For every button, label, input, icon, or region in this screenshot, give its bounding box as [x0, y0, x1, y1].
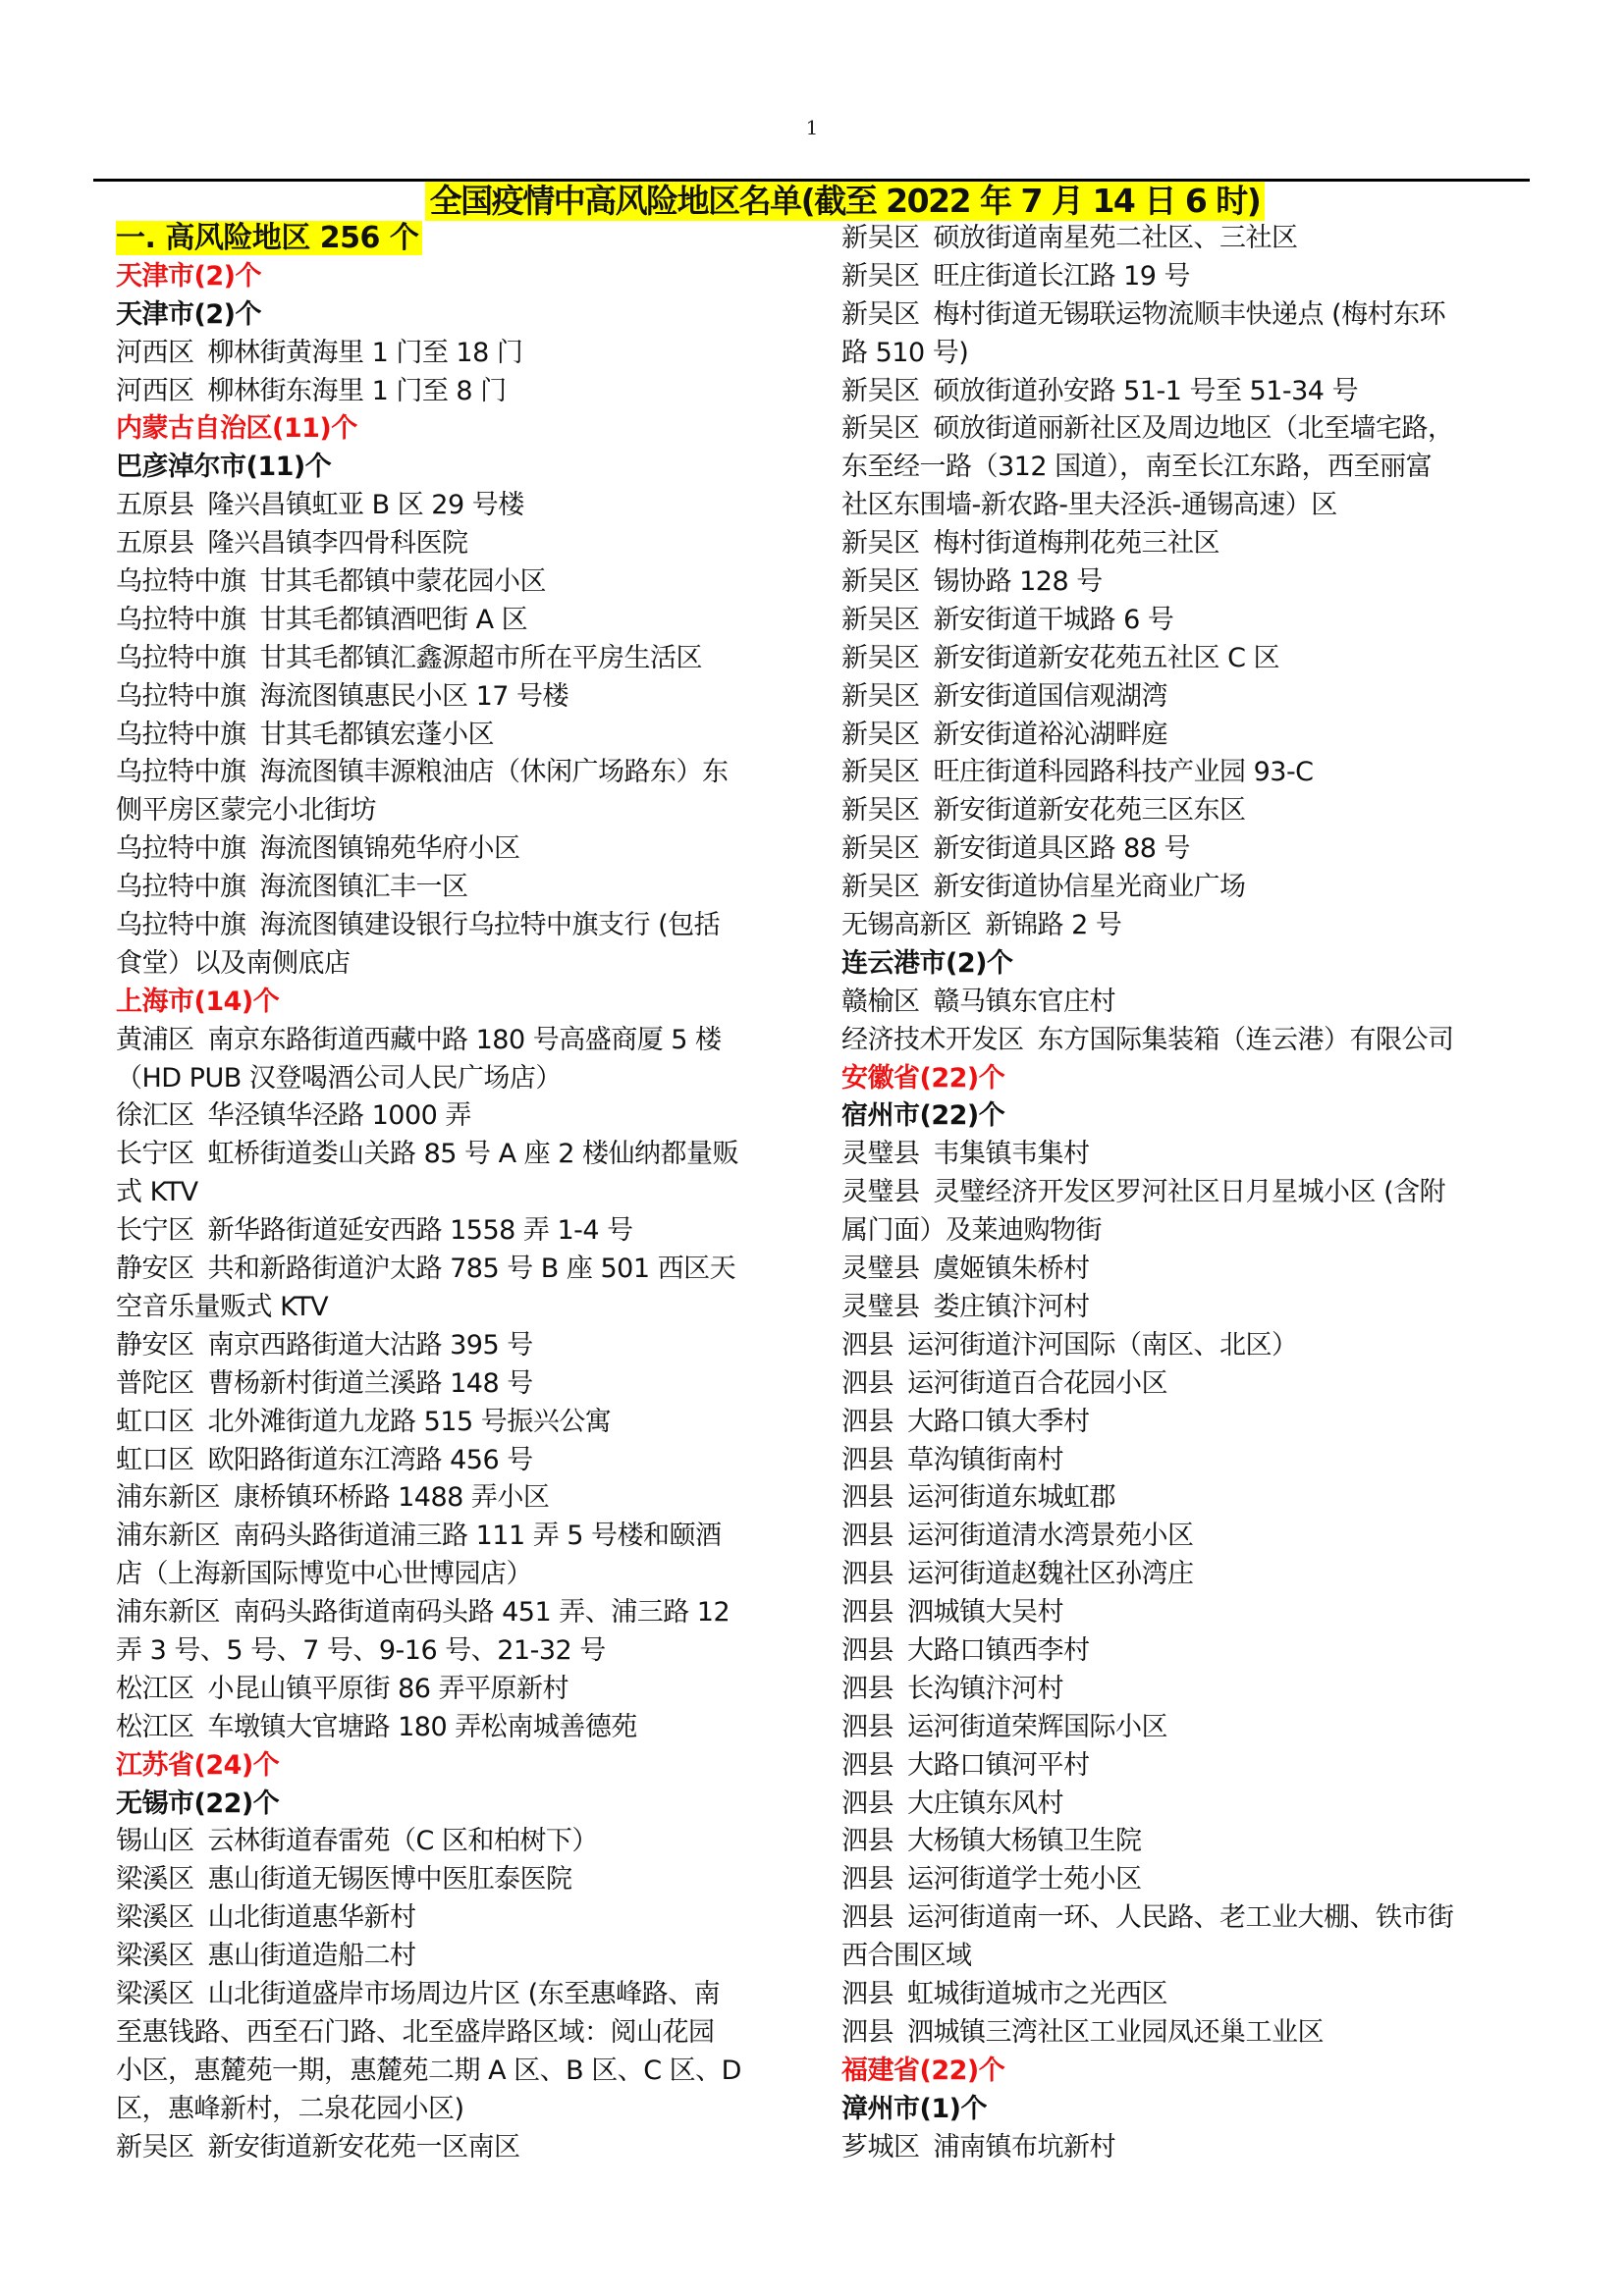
list-item-continuation: 区，惠峰新村，二泉花园小区) [116, 2091, 793, 2129]
district-name: 新吴区 [841, 299, 920, 330]
district-name: 灵璧县 [841, 1292, 920, 1322]
location-text: 南京东路街道西藏中路 180 号高盛商厦 5 楼 [208, 1025, 722, 1055]
list-item: 新吴区新安街道干城路 6 号 [841, 602, 1529, 640]
list-item: 梁溪区惠山街道无锡医博中医肛泰医院 [116, 1861, 793, 1899]
location-text: 北外滩街道九龙路 515 号振兴公寓 [208, 1407, 612, 1437]
location-text: 运河街道清水湾景苑小区 [907, 1521, 1194, 1551]
list-item: 泗县泗城镇大吴村 [841, 1594, 1529, 1632]
list-item-continuation-text: 式 KTV [116, 1177, 198, 1207]
district-name: 新吴区 [841, 605, 920, 635]
list-item: 新吴区硕放街道南星苑二社区、三社区 [841, 220, 1529, 258]
list-item: 赣榆区赣马镇东官庄村 [841, 984, 1529, 1022]
district-name: 松江区 [116, 1712, 194, 1742]
district-name: 五原县 [116, 490, 194, 520]
district-name: 乌拉特中旗 [116, 757, 246, 787]
list-item: 梁溪区山北街道惠华新村 [116, 1899, 793, 1938]
location-text: 大杨镇大杨镇卫生院 [907, 1826, 1142, 1856]
list-item-continuation-text: 店（上海新国际博览中心世博园店） [116, 1559, 532, 1589]
list-item: 梁溪区山北街道盛岸市场周边片区 (东至惠峰路、南 [116, 1976, 793, 2014]
list-item-continuation-text: 路 510 号) [841, 338, 968, 368]
district-name: 灵璧县 [841, 1177, 920, 1207]
location-text: 大路口镇西李村 [907, 1635, 1090, 1666]
list-item-continuation-text: 空音乐量贩式 KTV [116, 1292, 328, 1322]
location-text: 梅村街道梅荆花苑三社区 [934, 528, 1220, 559]
province-heading: 安徽省(22)个 [841, 1060, 1529, 1098]
location-text: 东方国际集装箱（连云港）有限公司 [1038, 1025, 1454, 1055]
location-text: 康桥镇环桥路 1488 弄小区 [234, 1482, 549, 1513]
location-text: 新华路街道延安西路 1558 弄 1-4 号 [208, 1215, 633, 1246]
list-item: 梁溪区惠山街道造船二村 [116, 1938, 793, 1976]
district-name: 泗县 [841, 1789, 893, 1819]
location-text: 硕放街道孙安路 51-1 号至 51-34 号 [934, 376, 1359, 406]
location-text: 云林街道春雷苑（C 区和柏树下） [208, 1826, 598, 1856]
district-name: 新吴区 [841, 872, 920, 902]
right-column: 新吴区硕放街道南星苑二社区、三社区新吴区旺庄街道长江路 19 号新吴区梅村街道无… [841, 220, 1529, 2166]
list-item-continuation-text: 小区，惠麓苑一期，惠麓苑二期 A 区、B 区、C 区、D [116, 2056, 741, 2086]
location-text: 新安街道协信星光商业广场 [934, 872, 1246, 902]
list-item: 新吴区硕放街道孙安路 51-1 号至 51-34 号 [841, 373, 1529, 411]
district-name: 梁溪区 [116, 1902, 194, 1933]
location-text: 新安街道新安花苑三区东区 [934, 795, 1246, 826]
city-heading: 巴彦淖尔市(11)个 [116, 449, 793, 487]
list-item: 灵璧县韦集镇韦集村 [841, 1136, 1529, 1174]
location-text: 海流图镇惠民小区 17 号楼 [260, 681, 569, 712]
list-item-continuation-text: 区，惠峰新村，二泉花园小区) [116, 2094, 464, 2124]
list-item: 新吴区新安街道国信观湖湾 [841, 678, 1529, 717]
location-text: 硕放街道南星苑二社区、三社区 [934, 223, 1298, 253]
list-item: 灵璧县灵璧经济开发区罗河社区日月星城小区 (含附 [841, 1174, 1529, 1212]
list-item: 泗县运河街道荣辉国际小区 [841, 1709, 1529, 1747]
location-text: 山北街道惠华新村 [208, 1902, 416, 1933]
province-heading-text: 上海市(14)个 [116, 987, 279, 1017]
district-name: 新吴区 [841, 261, 920, 292]
district-name: 长宁区 [116, 1139, 194, 1169]
location-text: 灵璧经济开发区罗河社区日月星城小区 (含附 [934, 1177, 1446, 1207]
district-name: 乌拉特中旗 [116, 681, 246, 712]
list-item: 松江区小昆山镇平原街 86 弄平原新村 [116, 1671, 793, 1709]
list-item: 虹口区欧阳路街道东江湾路 456 号 [116, 1442, 793, 1480]
district-name: 新吴区 [841, 223, 920, 253]
location-text: 虹城街道城市之光西区 [907, 1979, 1167, 2009]
location-text: 大路口镇大季村 [907, 1407, 1090, 1437]
district-name: 无锡高新区 [841, 910, 972, 940]
location-text: 虹桥街道娄山关路 85 号 A 座 2 楼仙纳都量贩 [208, 1139, 739, 1169]
district-name: 泗县 [841, 1826, 893, 1856]
district-name: 泗县 [841, 1368, 893, 1399]
district-name: 河西区 [116, 376, 194, 406]
province-heading-text: 江苏省(24)个 [116, 1750, 279, 1781]
location-text: 运河街道赵魏社区孙湾庄 [907, 1559, 1194, 1589]
list-item: 新吴区新安街道具区路 88 号 [841, 830, 1529, 869]
list-item-continuation-text: 属门面）及莱迪购物街 [841, 1215, 1102, 1246]
list-item: 河西区柳林街黄海里 1 门至 18 门 [116, 335, 793, 373]
list-item-continuation: 侧平房区蒙完小北街坊 [116, 792, 793, 830]
location-text: 长沟镇汴河村 [907, 1674, 1063, 1704]
district-name: 黄浦区 [116, 1025, 194, 1055]
list-item-continuation-text: 侧平房区蒙完小北街坊 [116, 795, 376, 826]
district-name: 泗县 [841, 1597, 893, 1628]
list-item: 泗县运河街道学士苑小区 [841, 1861, 1529, 1899]
district-name: 长宁区 [116, 1215, 194, 1246]
list-item: 泗县大路口镇河平村 [841, 1747, 1529, 1786]
list-item: 新吴区新安街道协信星光商业广场 [841, 869, 1529, 907]
location-text: 隆兴昌镇虹亚 B 区 29 号楼 [208, 490, 524, 520]
list-item: 新吴区梅村街道无锡联运物流顺丰快递点 (梅村东环 [841, 296, 1529, 335]
province-heading-text: 内蒙古自治区(11)个 [116, 413, 357, 444]
district-name: 灵璧县 [841, 1139, 920, 1169]
list-item: 新吴区新安街道新安花苑五社区 C 区 [841, 640, 1529, 678]
list-item: 泗县虹城街道城市之光西区 [841, 1976, 1529, 2014]
location-text: 旺庄街道长江路 19 号 [934, 261, 1191, 292]
list-item-continuation: 至惠钱路、西至石门路、北至盛岸路区域：阅山花园 [116, 2014, 793, 2053]
district-name: 浦东新区 [116, 1597, 220, 1628]
district-name: 乌拉特中旗 [116, 833, 246, 864]
location-text: 共和新路街道沪太路 785 号 B 座 501 西区天 [208, 1254, 736, 1284]
location-text: 锡协路 128 号 [934, 566, 1103, 597]
district-name: 虹口区 [116, 1407, 194, 1437]
location-text: 运河街道百合花园小区 [907, 1368, 1167, 1399]
list-item: 乌拉特中旗甘其毛都镇汇鑫源超市所在平房生活区 [116, 640, 793, 678]
list-item: 乌拉特中旗甘其毛都镇宏蓬小区 [116, 717, 793, 755]
list-item: 灵璧县虞姬镇朱桥村 [841, 1251, 1529, 1289]
district-name: 泗县 [841, 1979, 893, 2009]
list-item-continuation: 弄 3 号、5 号、7 号、9-16 号、21-32 号 [116, 1632, 793, 1671]
location-text: 南京西路街道大沽路 395 号 [208, 1330, 533, 1361]
district-name: 泗县 [841, 1521, 893, 1551]
location-text: 柳林街东海里 1 门至 8 门 [208, 376, 507, 406]
left-column: 一. 高风险地区 256 个天津市(2)个天津市(2)个河西区柳林街黄海里 1 … [116, 220, 793, 2166]
list-item: 泗县长沟镇汴河村 [841, 1671, 1529, 1709]
list-item: 锡山区云林街道春雷苑（C 区和柏树下） [116, 1823, 793, 1861]
location-text: 海流图镇锦苑华府小区 [260, 833, 520, 864]
list-item: 五原县隆兴昌镇李四骨科医院 [116, 525, 793, 563]
district-name: 梁溪区 [116, 1864, 194, 1895]
district-name: 泗县 [841, 1407, 893, 1437]
location-text: 运河街道汴河国际（南区、北区） [907, 1330, 1298, 1361]
list-item: 静安区南京西路街道大沽路 395 号 [116, 1327, 793, 1365]
district-name: 乌拉特中旗 [116, 872, 246, 902]
district-name: 静安区 [116, 1254, 194, 1284]
district-name: 泗县 [841, 1902, 893, 1933]
list-item: 乌拉特中旗海流图镇建设银行乌拉特中旗支行 (包括 [116, 907, 793, 945]
district-name: 泗县 [841, 1482, 893, 1513]
location-text: 惠山街道无锡医博中医肛泰医院 [208, 1864, 572, 1895]
city-heading-text: 无锡市(22)个 [116, 1789, 279, 1819]
district-name: 浦东新区 [116, 1482, 220, 1513]
location-text: 海流图镇建设银行乌拉特中旗支行 (包括 [260, 910, 721, 940]
location-text: 南码头路街道南码头路 451 弄、浦三路 12 [234, 1597, 730, 1628]
city-heading: 宿州市(22)个 [841, 1097, 1529, 1136]
list-item: 无锡高新区新锦路 2 号 [841, 907, 1529, 945]
list-item: 长宁区虹桥街道娄山关路 85 号 A 座 2 楼仙纳都量贩 [116, 1136, 793, 1174]
district-name: 虹口区 [116, 1445, 194, 1475]
list-item: 浦东新区康桥镇环桥路 1488 弄小区 [116, 1479, 793, 1518]
list-item: 徐汇区华泾镇华泾路 1000 弄 [116, 1097, 793, 1136]
location-text: 甘其毛都镇宏蓬小区 [260, 720, 495, 750]
list-item: 泗县泗城镇三湾社区工业园凤还巢工业区 [841, 2014, 1529, 2053]
list-item: 乌拉特中旗海流图镇锦苑华府小区 [116, 830, 793, 869]
list-item: 长宁区新华路街道延安西路 1558 弄 1-4 号 [116, 1212, 793, 1251]
location-text: 草沟镇街南村 [907, 1445, 1063, 1475]
location-text: 海流图镇汇丰一区 [260, 872, 468, 902]
district-name: 静安区 [116, 1330, 194, 1361]
list-item: 泗县运河街道东城虹郡 [841, 1479, 1529, 1518]
list-item-continuation: 路 510 号) [841, 335, 1529, 373]
list-item-continuation: 社区东围墙-新农路-里夫泾浜-通锡高速）区 [841, 487, 1529, 525]
location-text: 韦集镇韦集村 [934, 1139, 1090, 1169]
list-item: 乌拉特中旗海流图镇丰源粮油店（休闲广场路东）东 [116, 754, 793, 792]
list-item-continuation: 店（上海新国际博览中心世博园店） [116, 1556, 793, 1594]
list-item-continuation-text: 至惠钱路、西至石门路、北至盛岸路区域：阅山花园 [116, 2017, 715, 2048]
location-text: 车墩镇大官塘路 180 弄松南城善德苑 [208, 1712, 637, 1742]
list-item: 泗县运河街道赵魏社区孙湾庄 [841, 1556, 1529, 1594]
list-item: 泗县运河街道清水湾景苑小区 [841, 1518, 1529, 1556]
province-heading: 上海市(14)个 [116, 984, 793, 1022]
city-heading-text: 宿州市(22)个 [841, 1100, 1004, 1131]
location-text: 小昆山镇平原街 86 弄平原新村 [208, 1674, 569, 1704]
district-name: 新吴区 [841, 376, 920, 406]
district-name: 梁溪区 [116, 1941, 194, 1971]
location-text: 新安街道裕沁湖畔庭 [934, 720, 1168, 750]
list-item-continuation: 小区，惠麓苑一期，惠麓苑二期 A 区、B 区、C 区、D [116, 2053, 793, 2091]
list-item: 乌拉特中旗海流图镇汇丰一区 [116, 869, 793, 907]
district-name: 泗县 [841, 1674, 893, 1704]
location-text: 甘其毛都镇中蒙花园小区 [260, 566, 547, 597]
district-name: 梁溪区 [116, 1979, 194, 2009]
location-text: 南码头路街道浦三路 111 弄 5 号楼和颐酒 [234, 1521, 722, 1551]
city-heading-text: 天津市(2)个 [116, 299, 261, 330]
list-item: 新吴区锡协路 128 号 [841, 563, 1529, 602]
district-name: 锡山区 [116, 1826, 194, 1856]
district-name: 泗县 [841, 1750, 893, 1781]
district-name: 乌拉特中旗 [116, 910, 246, 940]
location-text: 运河街道学士苑小区 [907, 1864, 1142, 1895]
list-item: 泗县运河街道南一环、人民路、老工业大棚、铁市街 [841, 1899, 1529, 1938]
location-text: 惠山街道造船二村 [208, 1941, 416, 1971]
list-item: 灵璧县娄庄镇汴河村 [841, 1289, 1529, 1327]
location-text: 虞姬镇朱桥村 [934, 1254, 1090, 1284]
location-text: 柳林街黄海里 1 门至 18 门 [208, 338, 523, 368]
location-text: 欧阳路街道东江湾路 456 号 [208, 1445, 533, 1475]
list-item-continuation-text: （HD PUB 汉登喝酒公司人民广场店） [116, 1063, 562, 1094]
location-text: 硕放街道丽新社区及周边地区（北至墙宅路， [934, 413, 1454, 444]
document-title: 全国疫情中高风险地区名单(截至 2022 年 7 月 14 日 6 时) [425, 182, 1265, 221]
list-item-continuation: 食堂）以及南侧底店 [116, 945, 793, 984]
location-text: 大庄镇东风村 [907, 1789, 1063, 1819]
list-item-continuation: 属门面）及莱迪购物街 [841, 1212, 1529, 1251]
district-name: 芗城区 [841, 2132, 920, 2163]
section-heading: 一. 高风险地区 256 个 [116, 220, 793, 258]
city-heading-text: 巴彦淖尔市(11)个 [116, 452, 331, 482]
list-item: 新吴区梅村街道梅荆花苑三社区 [841, 525, 1529, 563]
city-heading: 天津市(2)个 [116, 296, 793, 335]
district-name: 浦东新区 [116, 1521, 220, 1551]
province-heading: 福建省(22)个 [841, 2053, 1529, 2091]
list-item: 泗县大庄镇东风村 [841, 1786, 1529, 1824]
district-name: 新吴区 [841, 833, 920, 864]
location-text: 梅村街道无锡联运物流顺丰快递点 (梅村东环 [934, 299, 1446, 330]
district-name: 泗县 [841, 1712, 893, 1742]
list-item: 泗县草沟镇街南村 [841, 1442, 1529, 1480]
city-heading: 无锡市(22)个 [116, 1786, 793, 1824]
list-item-continuation: （HD PUB 汉登喝酒公司人民广场店） [116, 1060, 793, 1098]
district-name: 新吴区 [841, 528, 920, 559]
district-name: 河西区 [116, 338, 194, 368]
list-item: 浦东新区南码头路街道浦三路 111 弄 5 号楼和颐酒 [116, 1518, 793, 1556]
list-item: 泗县运河街道汴河国际（南区、北区） [841, 1327, 1529, 1365]
district-name: 新吴区 [841, 795, 920, 826]
location-text: 曹杨新村街道兰溪路 148 号 [208, 1368, 533, 1399]
list-item: 新吴区硕放街道丽新社区及周边地区（北至墙宅路， [841, 410, 1529, 449]
location-text: 新安街道干城路 6 号 [934, 605, 1174, 635]
list-item: 芗城区浦南镇布坑新村 [841, 2129, 1529, 2167]
list-item-continuation: 东至经一路（312 国道），南至长江东路，西至丽富 [841, 449, 1529, 487]
district-name: 乌拉特中旗 [116, 720, 246, 750]
location-text: 隆兴昌镇李四骨科医院 [208, 528, 468, 559]
district-name: 泗县 [841, 1559, 893, 1589]
list-item: 黄浦区南京东路街道西藏中路 180 号高盛商厦 5 楼 [116, 1022, 793, 1060]
location-text: 大路口镇河平村 [907, 1750, 1090, 1781]
province-heading: 天津市(2)个 [116, 258, 793, 296]
list-item: 新吴区旺庄街道科园路科技产业园 93-C [841, 754, 1529, 792]
district-name: 乌拉特中旗 [116, 566, 246, 597]
district-name: 灵璧县 [841, 1254, 920, 1284]
list-item-continuation-text: 东至经一路（312 国道），南至长江东路，西至丽富 [841, 452, 1432, 482]
location-text: 运河街道东城虹郡 [907, 1482, 1115, 1513]
city-heading-text: 连云港市(2)个 [841, 948, 1012, 979]
province-heading-text: 安徽省(22)个 [841, 1063, 1004, 1094]
location-text: 运河街道南一环、人民路、老工业大棚、铁市街 [907, 1902, 1454, 1933]
list-item: 静安区共和新路街道沪太路 785 号 B 座 501 西区天 [116, 1251, 793, 1289]
list-item-continuation: 式 KTV [116, 1174, 793, 1212]
location-text: 甘其毛都镇酒吧街 A 区 [260, 605, 528, 635]
list-item-continuation: 空音乐量贩式 KTV [116, 1289, 793, 1327]
location-text: 华泾镇华泾路 1000 弄 [208, 1100, 471, 1131]
location-text: 新安街道新安花苑一区南区 [208, 2132, 520, 2163]
list-item: 乌拉特中旗海流图镇惠民小区 17 号楼 [116, 678, 793, 717]
district-name: 新吴区 [841, 720, 920, 750]
list-item: 泗县大杨镇大杨镇卫生院 [841, 1823, 1529, 1861]
location-text: 娄庄镇汴河村 [934, 1292, 1090, 1322]
province-heading-text: 福建省(22)个 [841, 2056, 1004, 2086]
location-text: 新安街道新安花苑五社区 C 区 [934, 643, 1280, 673]
district-name: 泗县 [841, 1864, 893, 1895]
list-item: 普陀区曹杨新村街道兰溪路 148 号 [116, 1365, 793, 1404]
list-item-continuation-text: 社区东围墙-新农路-里夫泾浜-通锡高速）区 [841, 490, 1337, 520]
district-name: 新吴区 [841, 757, 920, 787]
location-text: 新安街道具区路 88 号 [934, 833, 1191, 864]
district-name: 新吴区 [841, 643, 920, 673]
district-name: 乌拉特中旗 [116, 605, 246, 635]
district-name: 赣榆区 [841, 987, 920, 1017]
district-name: 五原县 [116, 528, 194, 559]
list-item: 新吴区新安街道新安花苑一区南区 [116, 2129, 793, 2167]
district-name: 新吴区 [841, 413, 920, 444]
list-item: 新吴区旺庄街道长江路 19 号 [841, 258, 1529, 296]
list-item-continuation: 西合围区域 [841, 1938, 1529, 1976]
list-item: 泗县大路口镇大季村 [841, 1404, 1529, 1442]
list-item: 乌拉特中旗甘其毛都镇中蒙花园小区 [116, 563, 793, 602]
list-item: 泗县运河街道百合花园小区 [841, 1365, 1529, 1404]
district-name: 普陀区 [116, 1368, 194, 1399]
province-heading: 内蒙古自治区(11)个 [116, 410, 793, 449]
district-name: 乌拉特中旗 [116, 643, 246, 673]
list-item-continuation-text: 食堂）以及南侧底店 [116, 948, 351, 979]
location-text: 旺庄街道科园路科技产业园 93-C [934, 757, 1314, 787]
province-heading-text: 天津市(2)个 [116, 261, 261, 292]
district-name: 泗县 [841, 1445, 893, 1475]
list-item: 五原县隆兴昌镇虹亚 B 区 29 号楼 [116, 487, 793, 525]
district-name: 泗县 [841, 1330, 893, 1361]
list-item: 乌拉特中旗甘其毛都镇酒吧街 A 区 [116, 602, 793, 640]
district-name: 新吴区 [841, 681, 920, 712]
list-item-continuation-text: 弄 3 号、5 号、7 号、9-16 号、21-32 号 [116, 1635, 606, 1666]
list-item: 河西区柳林街东海里 1 门至 8 门 [116, 373, 793, 411]
district-name: 泗县 [841, 2017, 893, 2048]
page-number: 1 [0, 116, 1624, 139]
district-name: 新吴区 [116, 2132, 194, 2163]
city-heading: 连云港市(2)个 [841, 945, 1529, 984]
location-text: 海流图镇丰源粮油店（休闲广场路东）东 [260, 757, 729, 787]
list-item: 泗县大路口镇西李村 [841, 1632, 1529, 1671]
location-text: 赣马镇东官庄村 [934, 987, 1116, 1017]
list-item: 浦东新区南码头路街道南码头路 451 弄、浦三路 12 [116, 1594, 793, 1632]
city-heading-text: 漳州市(1)个 [841, 2094, 987, 2124]
list-item: 新吴区新安街道新安花苑三区东区 [841, 792, 1529, 830]
list-item-continuation-text: 西合围区域 [841, 1941, 972, 1971]
list-item: 松江区车墩镇大官塘路 180 弄松南城善德苑 [116, 1709, 793, 1747]
location-text: 浦南镇布坑新村 [934, 2132, 1116, 2163]
location-text: 新安街道国信观湖湾 [934, 681, 1168, 712]
city-heading: 漳州市(1)个 [841, 2091, 1529, 2129]
location-text: 甘其毛都镇汇鑫源超市所在平房生活区 [260, 643, 703, 673]
district-name: 松江区 [116, 1674, 194, 1704]
list-item: 虹口区北外滩街道九龙路 515 号振兴公寓 [116, 1404, 793, 1442]
province-heading: 江苏省(24)个 [116, 1747, 793, 1786]
district-name: 新吴区 [841, 566, 920, 597]
list-item: 新吴区新安街道裕沁湖畔庭 [841, 717, 1529, 755]
location-text: 泗城镇大吴村 [907, 1597, 1063, 1628]
district-name: 徐汇区 [116, 1100, 194, 1131]
list-item: 经济技术开发区东方国际集装箱（连云港）有限公司 [841, 1022, 1529, 1060]
district-name: 泗县 [841, 1635, 893, 1666]
location-text: 泗城镇三湾社区工业园凤还巢工业区 [907, 2017, 1324, 2048]
location-text: 运河街道荣辉国际小区 [907, 1712, 1167, 1742]
district-name: 经济技术开发区 [841, 1025, 1024, 1055]
location-text: 新锦路 2 号 [986, 910, 1122, 940]
section-heading-text: 一. 高风险地区 256 个 [116, 221, 422, 255]
location-text: 山北街道盛岸市场周边片区 (东至惠峰路、南 [208, 1979, 721, 2009]
